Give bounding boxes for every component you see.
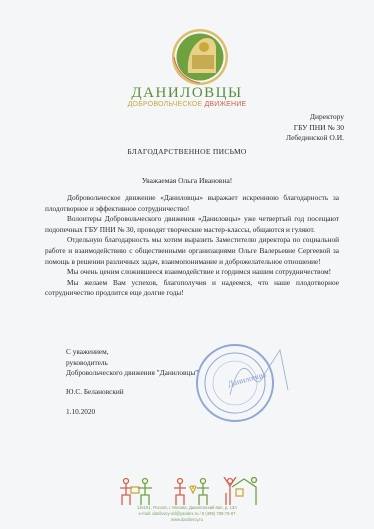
letter-body: Добровольческое движение «Даниловцы» выр… [45,193,339,299]
logo-title: ДАНИЛОВЦЫ [0,85,374,102]
footer-website: www.danilovcy.ru [0,517,374,523]
signer-name: Ю.С. Белановский [66,387,124,396]
stamp-seal-icon: Даниловцы [190,335,290,435]
letter-date: 1.10.2020 [66,407,95,416]
addressee-block: Директору ГБУ ПНИ № 30 Лебединской О.И. [286,112,344,144]
logo-subtitle-part2: ДВИЖЕНИЕ [204,101,246,108]
letter-page: ДАНИЛОВЦЫ ДОБРОВОЛЬЧЕСКОЕ ДВИЖЕНИЕ Дирек… [0,0,374,529]
paragraph: Добровольческое движение «Даниловцы» выр… [45,193,339,214]
addressee-organization: ГБУ ПНИ № 30 [286,123,344,134]
closing-line: Добровольческого движения "Даниловцы" [66,368,198,379]
danilovcy-logo-icon [162,27,238,87]
closing-block: С уважением, руководитель Добровольческо… [66,347,198,379]
logo-subtitle-part1: ДОБРОВОЛЬЧЕСКОЕ [128,101,205,108]
addressee-position: Директору [286,112,344,123]
footer-figures-icon [118,477,268,505]
paragraph: Волонтеры Добровольческого движения «Дан… [45,214,339,235]
paragraph: Мы желаем Вам успехов, благополучия и на… [45,278,339,299]
paragraph: Отдельную благодарность мы хотим выразит… [45,235,339,267]
paragraph: Мы очень ценим сложившееся взаимодействи… [45,267,339,278]
addressee-name: Лебединской О.И. [286,133,344,144]
footer-contacts: 115191, Россия, г. Москва, Даниловский в… [0,505,374,523]
closing-line: руководитель [66,358,198,369]
closing-line: С уважением, [66,347,198,358]
letter-title: БЛАГОДАРСТВЕННОЕ ПИСЬМО [0,147,374,156]
letter-greeting: Уважаемая Ольга Ивановна! [0,176,374,185]
logo-subtitle: ДОБРОВОЛЬЧЕСКОЕ ДВИЖЕНИЕ [0,101,374,108]
